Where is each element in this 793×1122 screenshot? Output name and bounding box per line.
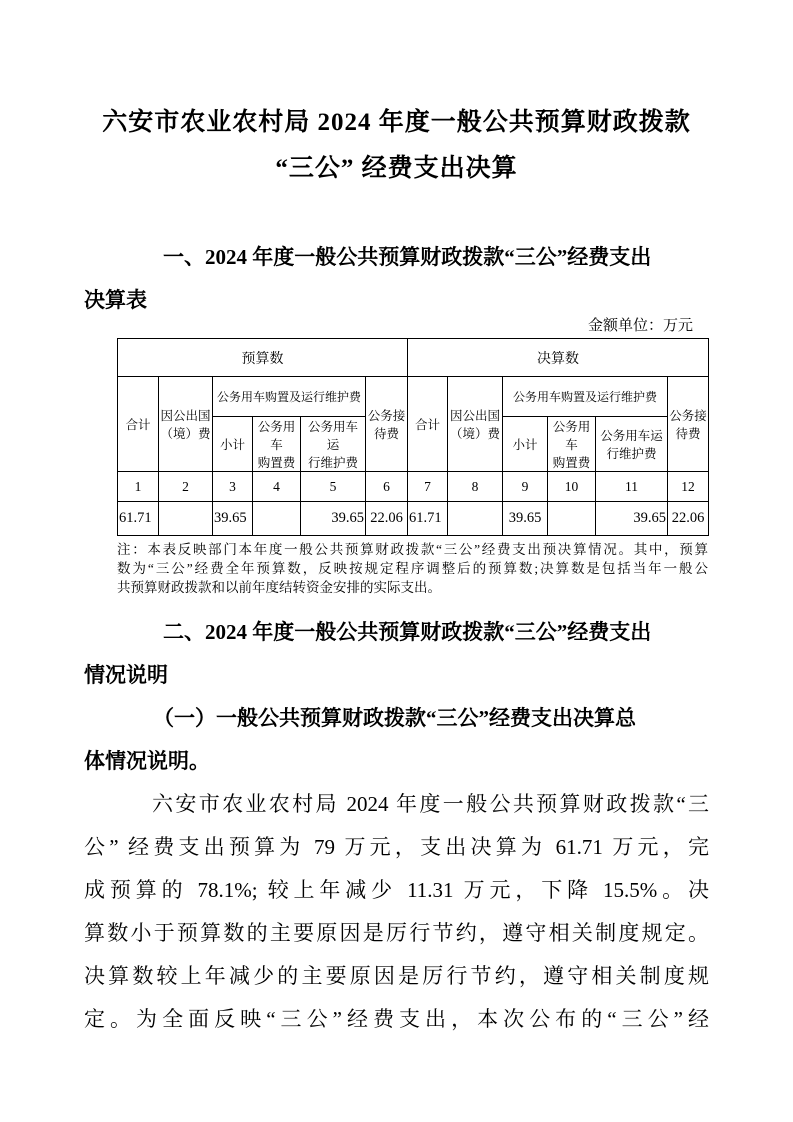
col-header-purchase-final: 公务用车 购置费 <box>548 417 596 472</box>
doc-title-line-1: 六安市农业农村局 2024 年度一般公共预算财政拨款 <box>84 100 709 146</box>
col-header-abroad-budget: 因公出国 （境）费 <box>159 377 213 472</box>
amount-unit-label: 金额单位：万元 <box>84 314 709 338</box>
overview-paragraph: 六安市农业农村局 2024 年度一般公共预算财政拨款“三 公” 经费支出预算为 … <box>84 783 709 1041</box>
col-number: 3 <box>213 472 253 502</box>
value-total-budget: 61.71 <box>118 502 159 536</box>
col-number: 2 <box>159 472 213 502</box>
three-public-expense-table-wrap: 预算数 决算数 合计 因公出国 （境）费 公务用车购置及运行维护费 公务接 待费… <box>117 338 708 536</box>
col-header-purchase-budget: 公务用车 购置费 <box>253 417 301 472</box>
col-number: 5 <box>301 472 366 502</box>
table-row: 预算数 决算数 <box>118 339 709 377</box>
value-purchase-final <box>548 502 596 536</box>
three-public-expense-table: 预算数 决算数 合计 因公出国 （境）费 公务用车购置及运行维护费 公务接 待费… <box>117 338 709 536</box>
col-number: 10 <box>548 472 596 502</box>
paragraph-line: 公” 经费支出预算为 79 万元，支出决算为 61.71 万元，完 <box>84 826 709 869</box>
value-purchase-budget <box>253 502 301 536</box>
section-2-heading-line-1: 二、2024 年度一般公共预算财政拨款“三公”经费支出 <box>84 611 709 654</box>
value-reception-budget: 22.06 <box>366 502 408 536</box>
section-2-heading-line-2: 情况说明 <box>84 654 709 697</box>
document-page: 六安市农业农村局 2024 年度一般公共预算财政拨款 “三公” 经费支出决算 一… <box>0 0 793 1122</box>
value-total-final: 61.71 <box>408 502 448 536</box>
subsection-1-heading-line-2: 体情况说明。 <box>84 740 709 783</box>
value-reception-final: 22.06 <box>668 502 709 536</box>
col-header-abroad-final: 因公出国 （境）费 <box>448 377 503 472</box>
paragraph-line: 定。为全面反映“三公”经费支出，本次公布的“三公”经 <box>84 998 709 1041</box>
col-number: 11 <box>596 472 668 502</box>
value-abroad-final <box>448 502 503 536</box>
col-number: 6 <box>366 472 408 502</box>
group-header-final: 决算数 <box>408 339 709 377</box>
col-header-subtotal-budget: 小计 <box>213 417 253 472</box>
value-abroad-budget <box>159 502 213 536</box>
table-note-line-2: 数为“三公”经费全年预算数，反映按规定程序调整后的预算数;决算数是包括当年一般公 <box>117 559 708 578</box>
paragraph-line: 六安市农业农村局 2024 年度一般公共预算财政拨款“三 <box>84 783 709 826</box>
table-note-line-1: 注：本表反映部门本年度一般公共预算财政拨款“三公”经费支出预决算情况。其中，预算 <box>117 540 708 559</box>
group-header-budget: 预算数 <box>118 339 408 377</box>
col-header-maintenance-final: 公务用车运 行维护费 <box>596 417 668 472</box>
table-note-line-3: 共预算财政拨款和以前年度结转资金安排的实际支出。 <box>117 578 708 597</box>
col-number: 7 <box>408 472 448 502</box>
col-number: 4 <box>253 472 301 502</box>
col-header-vehicle-group-final: 公务用车购置及运行维护费 <box>503 377 668 417</box>
col-header-subtotal-final: 小计 <box>503 417 548 472</box>
table-row: 合计 因公出国 （境）费 公务用车购置及运行维护费 公务接 待费 合计 因公出国… <box>118 377 709 417</box>
doc-title-line-2: “三公” 经费支出决算 <box>84 146 709 192</box>
subsection-1-heading-line-1: （一）一般公共预算财政拨款“三公”经费支出决算总 <box>84 697 709 740</box>
value-row: 61.71 39.65 39.65 22.06 61.71 39.65 39.6… <box>118 502 709 536</box>
col-header-total-budget: 合计 <box>118 377 159 472</box>
value-subtotal-budget: 39.65 <box>213 502 253 536</box>
table-note: 注：本表反映部门本年度一般公共预算财政拨款“三公”经费支出预决算情况。其中，预算… <box>117 540 708 597</box>
paragraph-line: 决算数较上年减少的主要原因是厉行节约，遵守相关制度规 <box>84 955 709 998</box>
section-1-heading: 一、2024 年度一般公共预算财政拨款“三公”经费支出 决算表 <box>84 236 709 322</box>
subsection-1-heading: （一）一般公共预算财政拨款“三公”经费支出决算总 体情况说明。 <box>84 697 709 783</box>
col-number: 9 <box>503 472 548 502</box>
value-maintenance-budget: 39.65 <box>301 502 366 536</box>
section-1-heading-line-1: 一、2024 年度一般公共预算财政拨款“三公”经费支出 <box>84 236 709 279</box>
paragraph-line: 成预算的 78.1%; 较上年减少 11.31 万元，下降 15.5%。决 <box>84 869 709 912</box>
col-header-reception-final: 公务接 待费 <box>668 377 709 472</box>
value-maintenance-final: 39.65 <box>596 502 668 536</box>
section-2-heading: 二、2024 年度一般公共预算财政拨款“三公”经费支出 情况说明 <box>84 611 709 697</box>
doc-title: 六安市农业农村局 2024 年度一般公共预算财政拨款 “三公” 经费支出决算 <box>84 100 709 192</box>
value-subtotal-final: 39.65 <box>503 502 548 536</box>
paragraph-line: 算数小于预算数的主要原因是厉行节约，遵守相关制度规定。 <box>84 912 709 955</box>
col-header-reception-budget: 公务接 待费 <box>366 377 408 472</box>
col-header-maintenance-budget: 公务用车运 行维护费 <box>301 417 366 472</box>
col-header-total-final: 合计 <box>408 377 448 472</box>
col-header-vehicle-group-budget: 公务用车购置及运行维护费 <box>213 377 366 417</box>
column-number-row: 1 2 3 4 5 6 7 8 9 10 11 12 <box>118 472 709 502</box>
col-number: 1 <box>118 472 159 502</box>
col-number: 12 <box>668 472 709 502</box>
col-number: 8 <box>448 472 503 502</box>
